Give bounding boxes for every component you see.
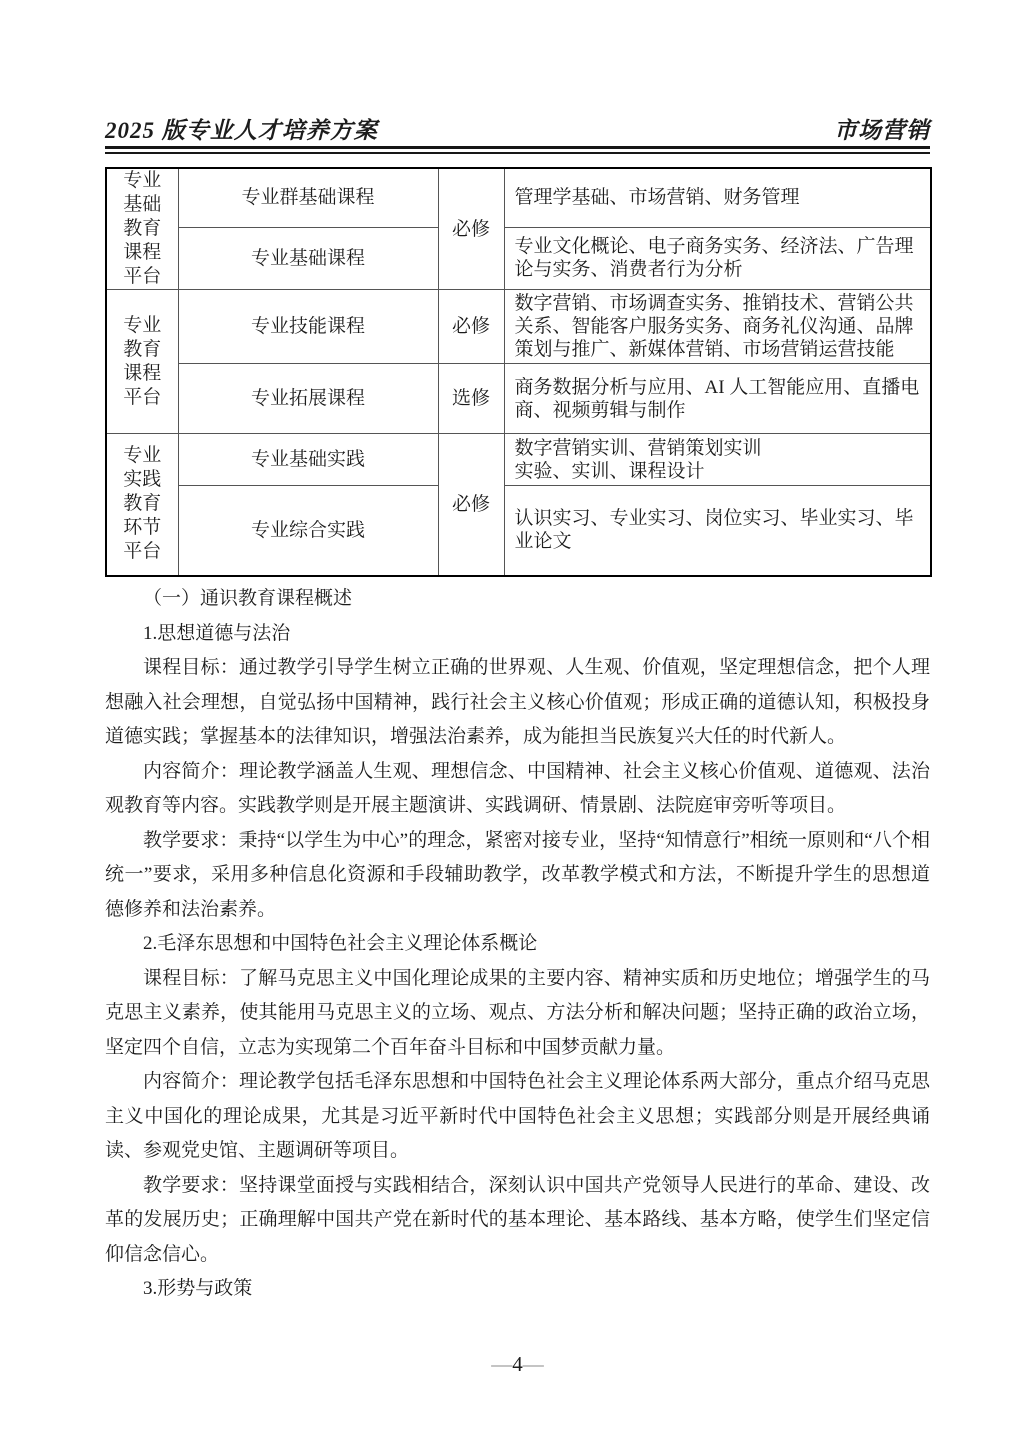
courses-cell: 管理学基础、市场营销、财务管理 [504, 168, 931, 227]
courses-cell: 数字营销实训、营销策划实训 实验、实训、课程设计 [504, 434, 931, 486]
courses-cell: 商务数据分析与应用、AI 人工智能应用、直播电商、视频剪辑与制作 [504, 364, 931, 434]
header-left-title: 2025 版专业人才培养方案 [105, 112, 378, 145]
body-text: （一）通识教育课程概述 1.思想道德与法治 课程目标：通过教学引导学生树立正确的… [105, 582, 930, 1307]
footer-left-dash: — [491, 1352, 512, 1376]
footer-right-dash: — [523, 1352, 544, 1376]
table-row: 专业教育课程平台 专业技能课程 必修 数字营销、市场调查实务、推销技术、营销公共… [106, 290, 931, 364]
table-row: 专业实践教育环节平台 专业基础实践 必修 数字营销实训、营销策划实训 实验、实训… [106, 434, 931, 486]
platform-cell: 专业实践教育环节平台 [106, 434, 178, 576]
course-2-goal: 课程目标：了解马克思主义中国化理论成果的主要内容、精神实质和历史地位；增强学生的… [105, 962, 930, 1066]
table-row: 专业拓展课程 选修 商务数据分析与应用、AI 人工智能应用、直播电商、视频剪辑与… [106, 364, 931, 434]
course-type-cell: 专业技能课程 [178, 290, 438, 364]
platform-cell: 专业教育课程平台 [106, 290, 178, 434]
course-2-intro: 内容简介：理论教学包括毛泽东思想和中国特色社会主义理论体系两大部分，重点介绍马克… [105, 1065, 930, 1169]
page-header: 2025 版专业人才培养方案 市场营销 [105, 112, 930, 145]
requirement-cell: 必修 [438, 434, 504, 576]
table-row: 专业基础课程 专业文化概论、电子商务实务、经济法、广告理论与实务、消费者行为分析 [106, 227, 931, 289]
course-type-cell: 专业拓展课程 [178, 364, 438, 434]
course-1-goal: 课程目标：通过教学引导学生树立正确的世界观、人生观、价值观，坚定理想信念，把个人… [105, 651, 930, 755]
requirement-cell: 选修 [438, 364, 504, 434]
courses-cell: 数字营销、市场调查实务、推销技术、营销公共关系、智能客户服务实务、商务礼仪沟通、… [504, 290, 931, 364]
course-1-title: 1.思想道德与法治 [105, 617, 930, 652]
course-type-cell: 专业综合实践 [178, 486, 438, 576]
header-rule [105, 146, 930, 154]
course-type-cell: 专业基础实践 [178, 434, 438, 486]
section-heading: （一）通识教育课程概述 [105, 582, 930, 617]
header-right-title: 市场营销 [834, 112, 930, 145]
course-3-title: 3.形势与政策 [105, 1272, 930, 1307]
course-type-cell: 专业群基础课程 [178, 168, 438, 227]
table-row: 专业基础教育课程平台 专业群基础课程 必修 管理学基础、市场营销、财务管理 [106, 168, 931, 227]
course-2-teaching-requirement: 教学要求：坚持课堂面授与实践相结合，深刻认识中国共产党领导人民进行的革命、建设、… [105, 1169, 930, 1273]
course-type-cell: 专业基础课程 [178, 227, 438, 289]
course-2-title: 2.毛泽东思想和中国特色社会主义理论体系概论 [105, 927, 930, 962]
page-number: 4 [512, 1352, 523, 1376]
document-page: 2025 版专业人才培养方案 市场营销 专业基础教育课程平台 专业群基础课程 必… [0, 0, 1024, 1448]
requirement-cell: 必修 [438, 290, 504, 364]
courses-cell: 认识实习、专业实习、岗位实习、毕业实习、毕业论文 [504, 486, 931, 576]
courses-cell: 专业文化概论、电子商务实务、经济法、广告理论与实务、消费者行为分析 [504, 227, 931, 289]
table-row: 专业综合实践 认识实习、专业实习、岗位实习、毕业实习、毕业论文 [106, 486, 931, 576]
course-1-teaching-requirement: 教学要求：秉持“以学生为中心”的理念，紧密对接专业，坚持“知情意行”相统一原则和… [105, 824, 930, 928]
course-platform-table: 专业基础教育课程平台 专业群基础课程 必修 管理学基础、市场营销、财务管理 专业… [105, 167, 932, 577]
platform-cell: 专业基础教育课程平台 [106, 168, 178, 290]
page-footer: —4— [105, 1352, 930, 1377]
course-1-intro: 内容简介：理论教学涵盖人生观、理想信念、中国精神、社会主义核心价值观、道德观、法… [105, 755, 930, 824]
requirement-cell: 必修 [438, 168, 504, 290]
